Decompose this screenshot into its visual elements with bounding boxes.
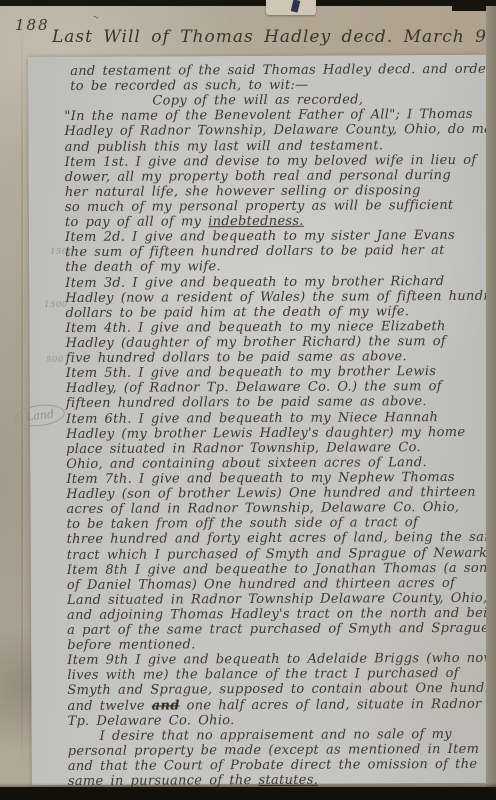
document-title: Last Will of Thomas Hadley decd. March 9… [52, 27, 472, 47]
document-line: and testament of the said Thomas Hadley … [64, 62, 482, 79]
photo-edge-top [0, 0, 496, 6]
margin-note-amount: 1500 [50, 247, 74, 257]
margin-note-amount: 1500 [44, 300, 68, 310]
stray-ink-tick-icon: ′′ [90, 14, 100, 28]
book-gutter-edge [486, 6, 496, 787]
underlined-word: indebtedness. [208, 214, 304, 230]
ink-blot-icon [291, 0, 301, 13]
handwritten-text-block: and testament of the said Thomas Hadley … [64, 62, 486, 789]
ledger-scan: 188 ′′ Last Will of Thomas Hadley decd. … [0, 0, 496, 800]
document-line: Hadley (my brother Lewis Hadley's daught… [66, 424, 484, 441]
page-tab [266, 0, 316, 15]
photo-edge-bottom [0, 787, 496, 800]
margin-note-amount: 500 [46, 355, 64, 365]
recorded-will-page: and testament of the said Thomas Hadley … [28, 55, 490, 785]
document-line: Hadley (daughter of my brother Richard) … [66, 334, 484, 351]
document-line: and twelve and one half acres of land, s… [67, 696, 485, 713]
document-line: Hadley (now a resident of Wales) the sum… [65, 288, 483, 305]
document-line: and that the Court of Probate direct the… [68, 757, 486, 774]
document-line: acres of land in Radnor Township, Delawa… [66, 500, 484, 517]
paper-fold-line [21, 6, 23, 787]
struck-out-word: and [152, 698, 180, 713]
document-line: the sum of fifteen hundred dollars to be… [65, 243, 483, 260]
document-line: so much of my personal property as will … [65, 198, 483, 215]
document-line: Hadley of Radnor Township, Delaware Coun… [64, 122, 482, 139]
page-number: 188 [15, 16, 50, 34]
document-line: a part of the same tract purchased of Sm… [67, 621, 485, 638]
